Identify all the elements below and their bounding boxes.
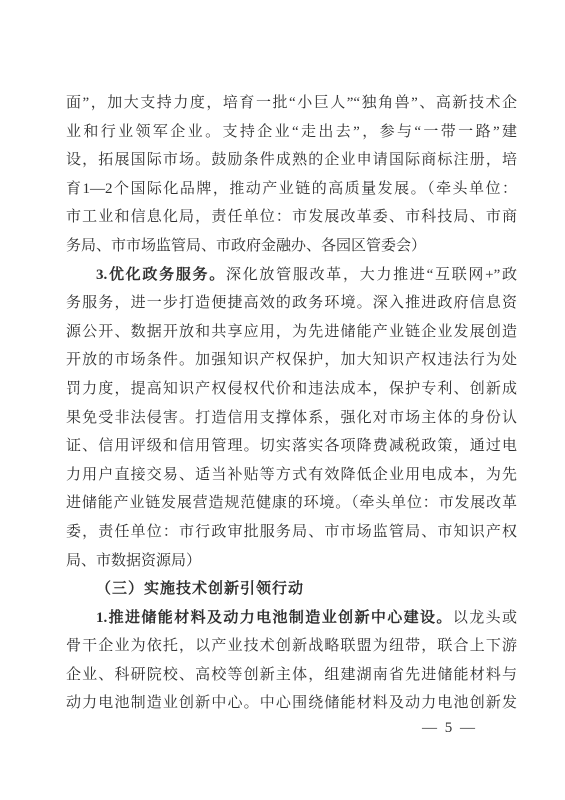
text-line: 动力电池制造业创新中心。中心围绕储能材料及动力电池创新发 (66, 689, 517, 718)
text-line: 企业、科研院校、高校等创新主体，组建湖南省先进储能材料与 (66, 661, 517, 690)
text-line: 1.推进储能材料及动力电池制造业创新中心建设。以龙头或 (66, 604, 517, 633)
text-line: 设，拓展国际市场。鼓励条件成熟的企业申请国际商标注册，培 (66, 146, 517, 175)
text-line: 务服务，进一步打造便捷高效的政务环境。深入推进政府信息资 (66, 289, 517, 318)
text-line: 力用户直接交易、适当补贴等方式有效降低企业用电成本，为先 (66, 461, 517, 490)
text-line: 开放的市场条件。加强知识产权保护，加大知识产权违法行为处 (66, 346, 517, 375)
section-heading: （三）实施技术创新引领行动 (66, 575, 517, 604)
text-line: 务局、市市场监管局、市政府金融办、各园区管委会） (66, 232, 517, 261)
document-page: 面”，加大支持力度，培育一批“小巨人”“独角兽”、高新技术企业和行业领军企业。支… (0, 0, 565, 800)
item-lead-text: 3.优化政务服务。 (96, 267, 226, 283)
text-line: 面”，加大支持力度，培育一批“小巨人”“独角兽”、高新技术企 (66, 89, 517, 118)
text-line: 骨干企业为依托，以产业技术创新战略联盟为纽带，联合上下游 (66, 632, 517, 661)
text-line: 证、信用评级和信用管理。切实落实各项降费减税政策，通过电 (66, 432, 517, 461)
text-line: 源公开、数据开放和共享应用，为先进储能产业链企业发展创造 (66, 318, 517, 347)
text-line: 局、市数据资源局） (66, 547, 517, 576)
text-line: 市工业和信息化局，责任单位：市发展改革委、市科技局、市商 (66, 203, 517, 232)
item-lead-text: 1.推进储能材料及动力电池制造业创新中心建设。 (96, 610, 453, 626)
text-line: 进储能产业链发展营造规范健康的环境。（牵头单位：市发展改革 (66, 489, 517, 518)
page-number: — 5 — (422, 720, 477, 737)
text-line: 育1—2个国际化品牌，推动产业链的高质量发展。（牵头单位： (66, 175, 517, 204)
text-line: 委，责任单位：市行政审批服务局、市市场监管局、市知识产权 (66, 518, 517, 547)
text-line: 罚力度，提高知识产权侵权代价和违法成本，保护专利、创新成 (66, 375, 517, 404)
document-text-block: 面”，加大支持力度，培育一批“小巨人”“独角兽”、高新技术企业和行业领军企业。支… (66, 89, 517, 718)
text-line: 业和行业领军企业。支持企业“走出去”，参与“一带一路”建 (66, 118, 517, 147)
text-line: 果免受非法侵害。打造信用支撑体系，强化对市场主体的身份认 (66, 404, 517, 433)
text-line: 3.优化政务服务。深化放管服改革，大力推进“互联网+”政 (66, 261, 517, 290)
